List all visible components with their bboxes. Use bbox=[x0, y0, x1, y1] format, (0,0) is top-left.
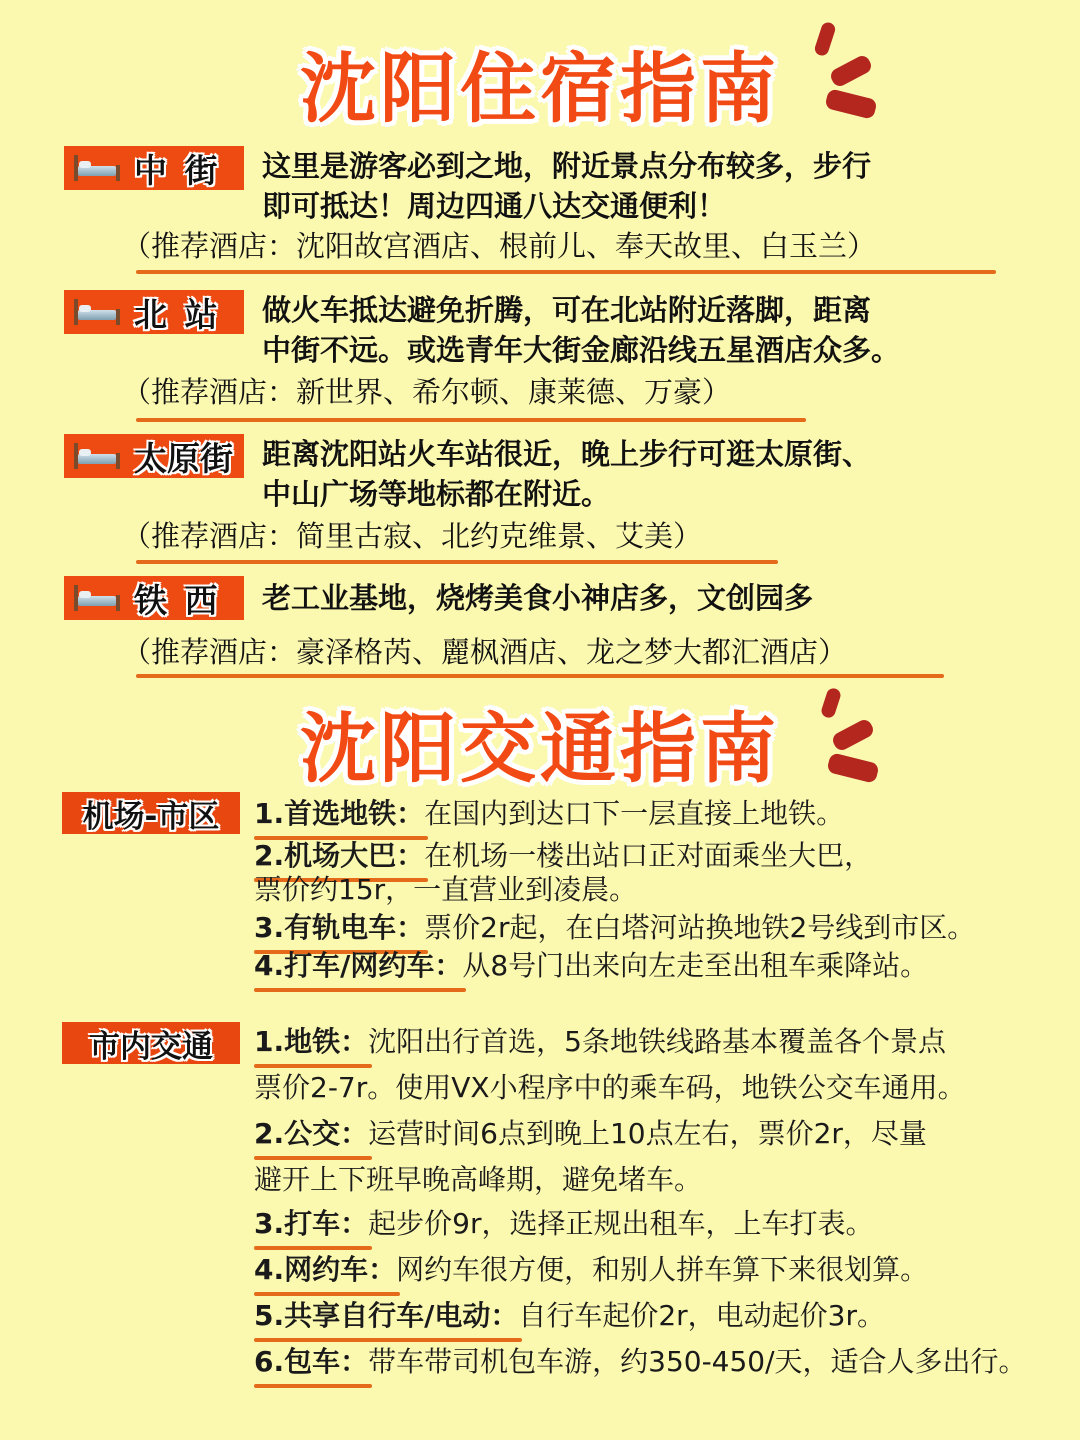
area-description: 这里是游客必到之地，附近景点分布较多，步行 即可抵达！周边四通八达交通便利！ bbox=[262, 146, 871, 226]
recommended-hotels: （推荐酒店：沈阳故宫酒店、根前儿、奉天故里、白玉兰） bbox=[122, 226, 876, 266]
item-key: 1.地铁： bbox=[254, 1020, 368, 1064]
accommodation-title-text: 沈阳住宿指南 bbox=[300, 28, 780, 137]
description-line: 老工业基地，烧烤美食小神店多，文创园多 bbox=[262, 578, 813, 618]
item-value: 运营时间6点到晚上10点左右，票价2r，尽量 bbox=[368, 1117, 927, 1150]
divider-underline bbox=[136, 674, 944, 678]
area-name: 铁 西 bbox=[134, 575, 221, 622]
area-tag-tiexi: 铁 西 bbox=[64, 576, 244, 620]
area-tag-zhongjie: 中 街 bbox=[64, 146, 244, 190]
area-name: 北 站 bbox=[134, 289, 221, 336]
description-line: 即可抵达！周边四通八达交通便利！ bbox=[262, 186, 871, 226]
section-tag-city-transport: 市内交通 bbox=[62, 1022, 240, 1064]
item-key: 5.共享自行车/电动： bbox=[254, 1294, 518, 1338]
burst-decoration-icon bbox=[810, 688, 880, 784]
transport-item: 4.网约车：网约车很方便，和别人拼车算下来很划算。 bbox=[254, 1248, 928, 1292]
description-line: 中山广场等地标都在附近。 bbox=[262, 474, 871, 514]
item-value: 带车带司机包车游，约350-450/天，适合人多出行。 bbox=[368, 1345, 1026, 1378]
bed-icon bbox=[74, 585, 120, 611]
item-continuation: 避开上下班早晚高峰期，避免堵车。 bbox=[254, 1158, 702, 1202]
item-value: 沈阳出行首选，5条地铁线路基本覆盖各个景点 bbox=[368, 1025, 946, 1058]
bed-icon bbox=[74, 443, 120, 469]
area-description: 距离沈阳站火车站很近，晚上步行可逛太原街、 中山广场等地标都在附近。 bbox=[262, 434, 871, 514]
divider-underline bbox=[136, 270, 996, 274]
transport-item: 1.首选地铁：在国内到达口下一层直接上地铁。 bbox=[254, 792, 844, 836]
item-key: 4.网约车： bbox=[254, 1248, 396, 1292]
accommodation-title: 沈阳住宿指南 bbox=[0, 28, 1080, 137]
recommended-hotels: （推荐酒店：简里古寂、北约克维景、艾美） bbox=[122, 516, 702, 556]
transport-title-text: 沈阳交通指南 bbox=[300, 688, 780, 797]
item-key: 2.公交： bbox=[254, 1112, 368, 1156]
recommended-hotels: （推荐酒店：豪泽格芮、麗枫酒店、龙之梦大都汇酒店） bbox=[122, 632, 847, 672]
item-key: 1.首选地铁： bbox=[254, 792, 424, 836]
description-line: 距离沈阳站火车站很近，晚上步行可逛太原街、 bbox=[262, 434, 871, 474]
transport-item: 5.共享自行车/电动：自行车起价2r，电动起价3r。 bbox=[254, 1294, 885, 1338]
item-key: 3.打车： bbox=[254, 1202, 368, 1246]
transport-item: 3.打车：起步价9r，选择正规出租车，上车打表。 bbox=[254, 1202, 873, 1246]
item-value: 起步价9r，选择正规出租车，上车打表。 bbox=[368, 1207, 873, 1240]
transport-item: 1.地铁：沈阳出行首选，5条地铁线路基本覆盖各个景点 bbox=[254, 1020, 946, 1064]
item-value: 在国内到达口下一层直接上地铁。 bbox=[424, 797, 844, 830]
area-description: 做火车抵达避免折腾，可在北站附近落脚，距离 中街不远。或选青年大街金廊沿线五星酒… bbox=[262, 290, 900, 370]
item-value: 网约车很方便，和别人拼车算下来很划算。 bbox=[396, 1253, 928, 1286]
item-continuation: 票价2-7r。使用VX小程序中的乘车码，地铁公交车通用。 bbox=[254, 1066, 966, 1110]
area-name: 中 街 bbox=[134, 145, 221, 192]
transport-item: 6.包车：带车带司机包车游，约350-450/天，适合人多出行。 bbox=[254, 1340, 1027, 1384]
bed-icon bbox=[74, 155, 120, 181]
item-value: 自行车起价2r，电动起价3r。 bbox=[518, 1299, 885, 1332]
section-tag-airport-city: 机场-市区 bbox=[62, 792, 240, 834]
item-value: 从8号门出来向左走至出租车乘降站。 bbox=[462, 949, 928, 982]
item-value: 票价2r起，在白塔河站换地铁2号线到市区。 bbox=[424, 911, 975, 944]
section-label: 市内交通 bbox=[89, 1021, 213, 1066]
section-label: 机场-市区 bbox=[83, 791, 220, 836]
recommended-hotels: （推荐酒店：新世界、希尔顿、康莱德、万豪） bbox=[122, 372, 731, 412]
divider-underline bbox=[136, 560, 778, 564]
area-tag-taiyuanjie: 太原街 bbox=[64, 434, 244, 478]
area-description: 老工业基地，烧烤美食小神店多，文创园多 bbox=[262, 578, 813, 618]
transport-item: 4.打车/网约车：从8号门出来向左走至出租车乘降站。 bbox=[254, 944, 928, 988]
description-line: 这里是游客必到之地，附近景点分布较多，步行 bbox=[262, 146, 871, 186]
bed-icon bbox=[74, 299, 120, 325]
transport-item: 2.公交：运营时间6点到晚上10点左右，票价2r，尽量 bbox=[254, 1112, 927, 1156]
area-tag-beizhan: 北 站 bbox=[64, 290, 244, 334]
description-line: 做火车抵达避免折腾，可在北站附近落脚，距离 bbox=[262, 290, 900, 330]
item-key: 4.打车/网约车： bbox=[254, 944, 462, 988]
description-line: 中街不远。或选青年大街金廊沿线五星酒店众多。 bbox=[262, 330, 900, 370]
item-key: 6.包车： bbox=[254, 1340, 368, 1384]
divider-underline bbox=[136, 418, 806, 422]
area-name: 太原街 bbox=[134, 433, 233, 480]
transport-title: 沈阳交通指南 bbox=[0, 688, 1080, 797]
burst-decoration-icon bbox=[812, 22, 882, 122]
